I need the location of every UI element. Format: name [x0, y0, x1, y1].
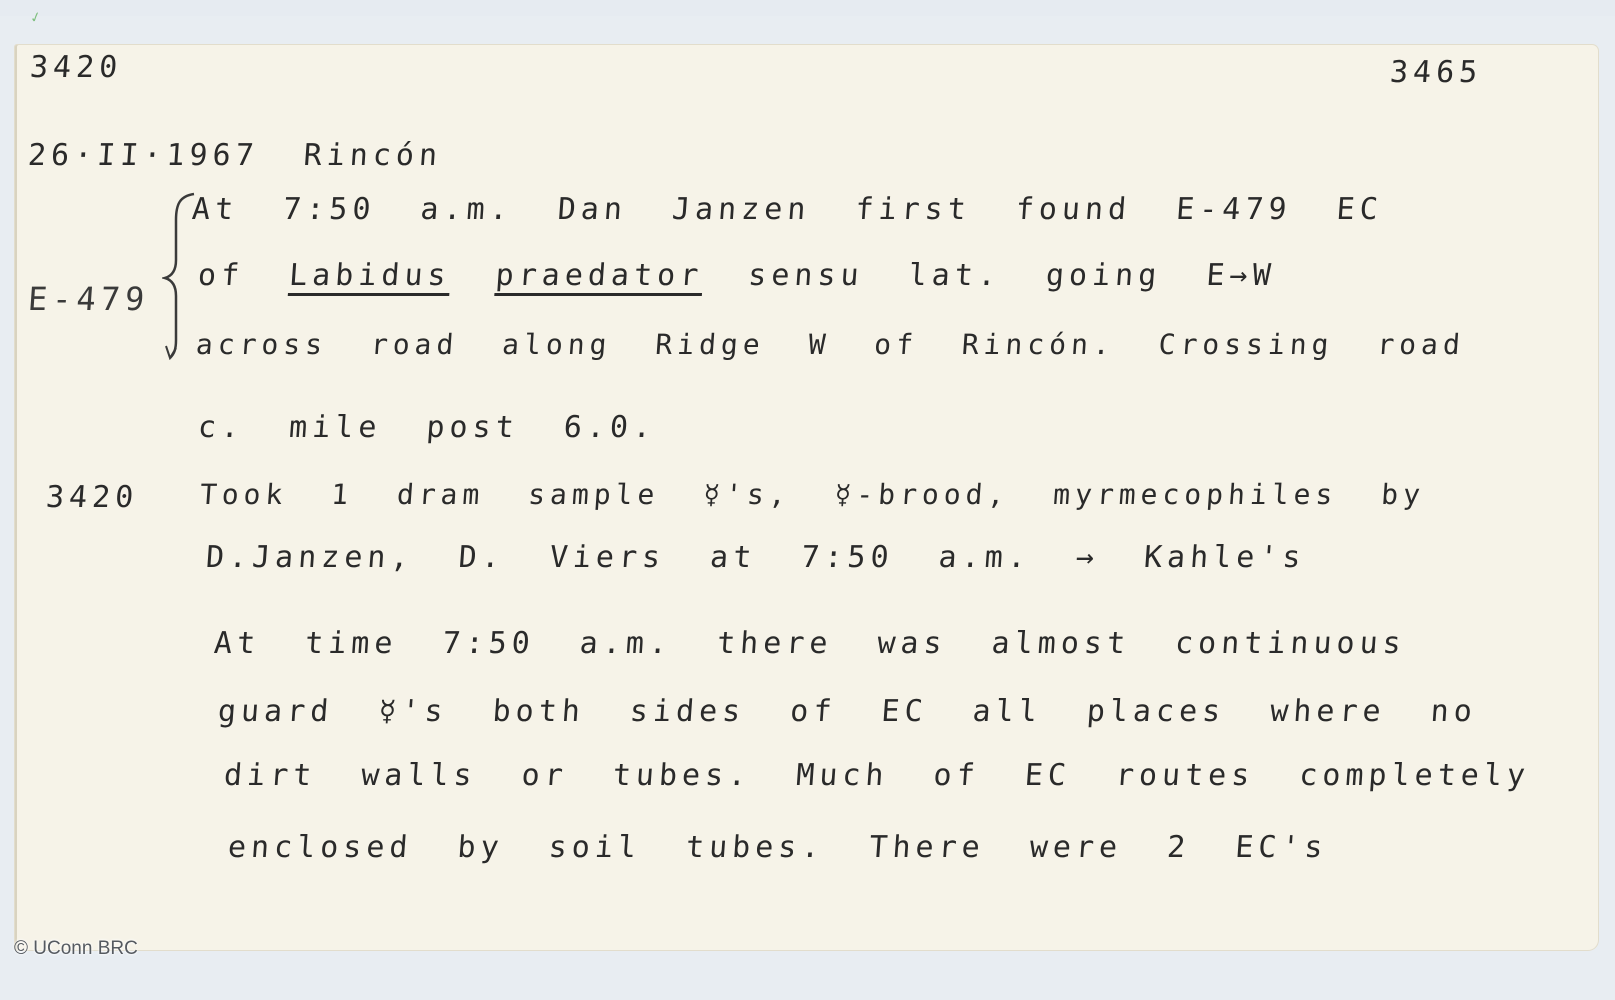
note-line-8: guard ☿'s both sides of EC all places wh…	[217, 694, 1478, 729]
scan-top-band	[0, 0, 1615, 16]
note-line-4: c. mile post 6.0.	[197, 410, 657, 445]
note-line-6: D.Janzen, D. Viers at 7:50 a.m. → Kahle'…	[205, 540, 1307, 575]
note-line-7: At time 7:50 a.m. there was almost conti…	[213, 626, 1407, 661]
collection-location: Rincón	[302, 138, 443, 173]
note-line-2-prefix: of	[197, 258, 246, 293]
margin-colony-id: E-479	[27, 280, 151, 318]
note-line-2-suffix: sensu lat. going E→W	[747, 258, 1277, 293]
corner-number-left: 3420	[29, 50, 124, 85]
note-line-10: enclosed by soil tubes. There were 2 EC'…	[227, 830, 1329, 865]
margin-sample-number: 3420	[45, 480, 140, 515]
note-line-1: At 7:50 a.m. Dan Janzen first found E-47…	[191, 192, 1384, 227]
note-line-9: dirt walls or tubes. Much of EC routes c…	[223, 758, 1531, 793]
date-location-line: 26·II·1967 Rincón	[27, 138, 444, 173]
genus-name: Labidus	[288, 258, 452, 293]
collection-date: 26·II·1967	[27, 138, 260, 173]
corner-number-right: 3465	[1389, 55, 1484, 90]
note-line-2: of Labidus praedator sensu lat. going E→…	[197, 258, 1277, 293]
species-name: praedator	[494, 258, 704, 293]
note-line-5: Took 1 dram sample ☿'s, ☿-brood, myrmeco…	[199, 478, 1426, 511]
copyright-notice: © UConn BRC	[14, 938, 138, 960]
note-line-3: across road along Ridge W of Rincón. Cro…	[195, 328, 1466, 361]
